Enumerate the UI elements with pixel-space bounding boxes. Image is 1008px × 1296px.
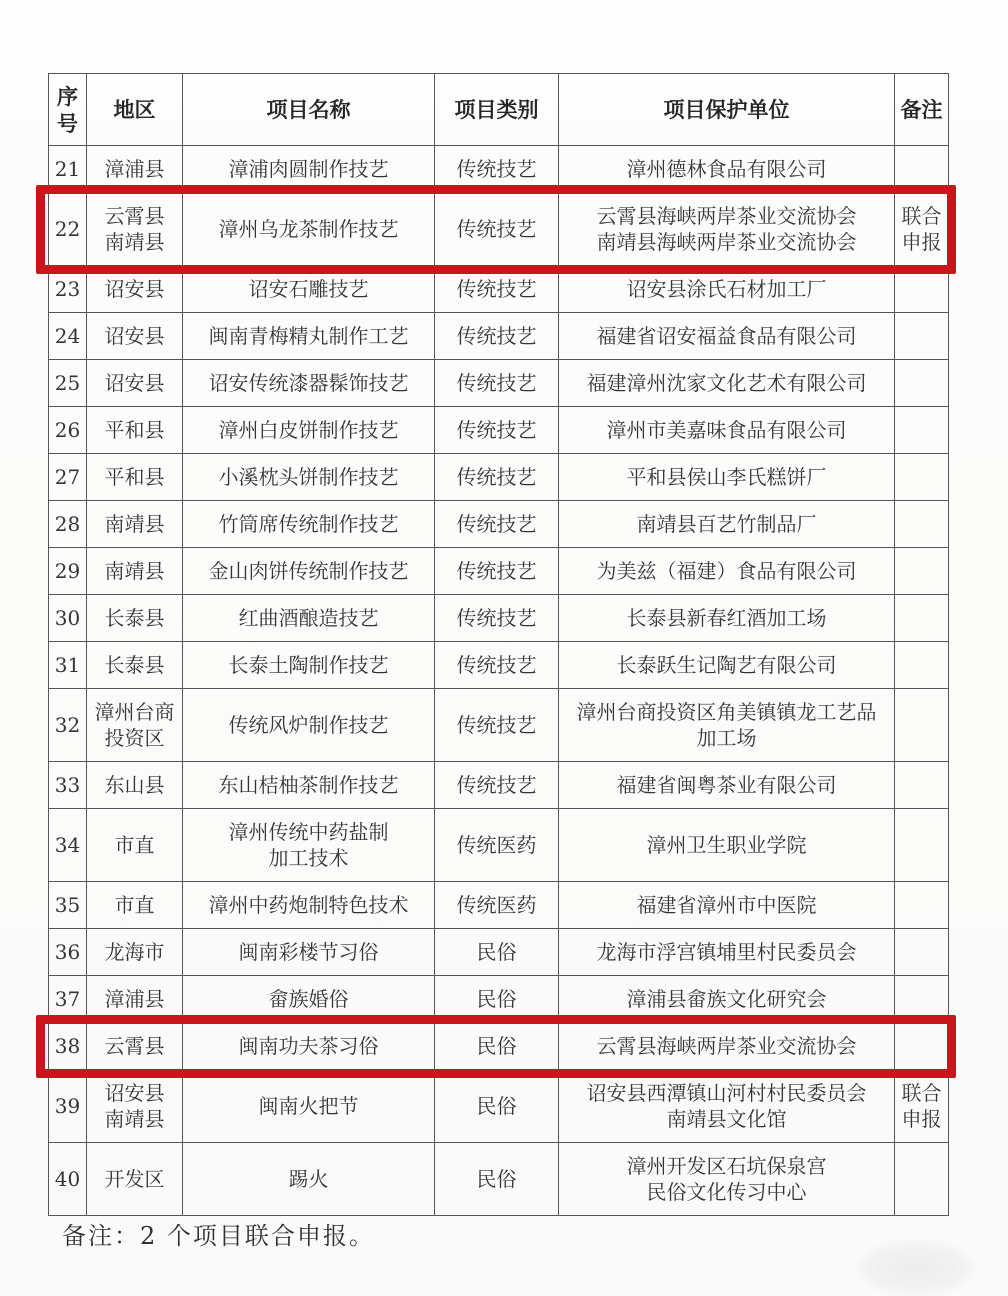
cell-region: 诏安县	[87, 360, 183, 407]
cell-name: 竹筒席传统制作技艺	[183, 501, 435, 548]
cell-org: 平和县侯山李氏糕饼厂	[559, 454, 895, 501]
cell-no: 34	[49, 809, 87, 882]
cell-region: 平和县	[87, 454, 183, 501]
cell-remark: 联合 申报	[895, 193, 949, 266]
cell-name: 诏安石雕技艺	[183, 266, 435, 313]
table-row-26: 26平和县漳州白皮饼制作技艺传统技艺漳州市美嘉味食品有限公司	[49, 407, 949, 454]
cell-no: 38	[49, 1023, 87, 1070]
cell-org: 漳州卫生职业学院	[559, 809, 895, 882]
cell-remark	[895, 929, 949, 976]
cell-org: 云霄县海峡两岸茶业交流协会 南靖县海峡两岸茶业交流协会	[559, 193, 895, 266]
cell-remark	[895, 882, 949, 929]
cell-org: 漳州开发区石坑保泉宫 民俗文化传习中心	[559, 1143, 895, 1216]
cell-category: 传统技艺	[435, 762, 559, 809]
column-header-org: 项目保护单位	[559, 74, 895, 146]
table-row-30: 30长泰县红曲酒酿造技艺传统技艺长泰县新春红酒加工场	[49, 595, 949, 642]
cell-region: 诏安县	[87, 313, 183, 360]
cell-region: 龙海市	[87, 929, 183, 976]
cell-no: 35	[49, 882, 87, 929]
cell-category: 民俗	[435, 976, 559, 1023]
cell-category: 民俗	[435, 1023, 559, 1070]
table-row-39: 39诏安县 南靖县闽南火把节民俗诏安县西潭镇山河村村民委员会 南靖县文化馆联合 …	[49, 1070, 949, 1143]
cell-name: 踢火	[183, 1143, 435, 1216]
cell-category: 传统医药	[435, 882, 559, 929]
cell-no: 23	[49, 266, 87, 313]
cell-org: 云霄县海峡两岸茶业交流协会	[559, 1023, 895, 1070]
cell-category: 传统技艺	[435, 146, 559, 193]
cell-category: 传统技艺	[435, 266, 559, 313]
table-header: 序 号地区项目名称项目类别项目保护单位备注	[49, 74, 949, 146]
table-row-40: 40开发区踢火民俗漳州开发区石坑保泉宫 民俗文化传习中心	[49, 1143, 949, 1216]
cell-org: 长泰县新春红酒加工场	[559, 595, 895, 642]
column-header-remark: 备注	[895, 74, 949, 146]
cell-org: 为美兹（福建）食品有限公司	[559, 548, 895, 595]
cell-no: 29	[49, 548, 87, 595]
cell-region: 漳州台商 投资区	[87, 689, 183, 762]
table-row-37: 37漳浦县畲族婚俗民俗漳浦县畲族文化研究会	[49, 976, 949, 1023]
cell-category: 传统技艺	[435, 407, 559, 454]
cell-org: 漳州德林食品有限公司	[559, 146, 895, 193]
cell-remark	[895, 976, 949, 1023]
cell-no: 22	[49, 193, 87, 266]
cell-name: 金山肉饼传统制作技艺	[183, 548, 435, 595]
cell-remark	[895, 501, 949, 548]
cell-name: 小溪枕头饼制作技艺	[183, 454, 435, 501]
cell-category: 民俗	[435, 1143, 559, 1216]
table-row-35: 35市直漳州中药炮制特色技术传统医药福建省漳州市中医院	[49, 882, 949, 929]
cell-region: 长泰县	[87, 642, 183, 689]
cell-no: 39	[49, 1070, 87, 1143]
cell-no: 27	[49, 454, 87, 501]
cell-region: 东山县	[87, 762, 183, 809]
cell-no: 32	[49, 689, 87, 762]
table-row-34: 34市直漳州传统中药盐制 加工技术传统医药漳州卫生职业学院	[49, 809, 949, 882]
cell-no: 31	[49, 642, 87, 689]
cell-category: 民俗	[435, 1070, 559, 1143]
cell-org: 漳浦县畲族文化研究会	[559, 976, 895, 1023]
cell-org: 福建省诏安福益食品有限公司	[559, 313, 895, 360]
table-row-25: 25诏安县诏安传统漆器髹饰技艺传统技艺福建漳州沈家文化艺术有限公司	[49, 360, 949, 407]
cell-no: 24	[49, 313, 87, 360]
scanned-document-page: 序 号地区项目名称项目类别项目保护单位备注 21漳浦县漳浦肉圆制作技艺传统技艺漳…	[0, 0, 1008, 1296]
cell-region: 开发区	[87, 1143, 183, 1216]
table-row-38: 38云霄县闽南功夫茶习俗民俗云霄县海峡两岸茶业交流协会	[49, 1023, 949, 1070]
table-body: 21漳浦县漳浦肉圆制作技艺传统技艺漳州德林食品有限公司22云霄县 南靖县漳州乌龙…	[49, 146, 949, 1216]
table-row-32: 32漳州台商 投资区传统风炉制作技艺传统技艺漳州台商投资区角美镇镇龙工艺品 加工…	[49, 689, 949, 762]
cell-remark	[895, 313, 949, 360]
cell-no: 28	[49, 501, 87, 548]
table-row-27: 27平和县小溪枕头饼制作技艺传统技艺平和县侯山李氏糕饼厂	[49, 454, 949, 501]
cell-remark	[895, 266, 949, 313]
cell-region: 南靖县	[87, 501, 183, 548]
table-row-28: 28南靖县竹筒席传统制作技艺传统技艺南靖县百艺竹制品厂	[49, 501, 949, 548]
cell-category: 传统技艺	[435, 193, 559, 266]
table-row-31: 31长泰县长泰土陶制作技艺传统技艺长泰跃生记陶艺有限公司	[49, 642, 949, 689]
column-header-no: 序 号	[49, 74, 87, 146]
cell-name: 畲族婚俗	[183, 976, 435, 1023]
footer-note: 备注：2 个项目联合申报。	[62, 1216, 375, 1251]
cell-no: 30	[49, 595, 87, 642]
heritage-projects-table: 序 号地区项目名称项目类别项目保护单位备注 21漳浦县漳浦肉圆制作技艺传统技艺漳…	[48, 73, 949, 1216]
cell-name: 东山桔柚茶制作技艺	[183, 762, 435, 809]
cell-region: 南靖县	[87, 548, 183, 595]
cell-region: 平和县	[87, 407, 183, 454]
cell-no: 40	[49, 1143, 87, 1216]
cell-org: 诏安县涂氏石材加工厂	[559, 266, 895, 313]
cell-region: 诏安县 南靖县	[87, 1070, 183, 1143]
cell-name: 闽南彩楼节习俗	[183, 929, 435, 976]
cell-region: 云霄县 南靖县	[87, 193, 183, 266]
cell-no: 25	[49, 360, 87, 407]
cell-name: 长泰土陶制作技艺	[183, 642, 435, 689]
cell-org: 诏安县西潭镇山河村村民委员会 南靖县文化馆	[559, 1070, 895, 1143]
cell-org: 漳州台商投资区角美镇镇龙工艺品 加工场	[559, 689, 895, 762]
table-row-24: 24诏安县闽南青梅精丸制作工艺传统技艺福建省诏安福益食品有限公司	[49, 313, 949, 360]
cell-category: 传统技艺	[435, 501, 559, 548]
watermark-smudge	[856, 1240, 976, 1296]
cell-region: 诏安县	[87, 266, 183, 313]
cell-org: 长泰跃生记陶艺有限公司	[559, 642, 895, 689]
cell-name: 红曲酒酿造技艺	[183, 595, 435, 642]
cell-region: 漳浦县	[87, 146, 183, 193]
cell-org: 漳州市美嘉味食品有限公司	[559, 407, 895, 454]
cell-category: 传统技艺	[435, 548, 559, 595]
cell-region: 云霄县	[87, 1023, 183, 1070]
cell-name: 漳州白皮饼制作技艺	[183, 407, 435, 454]
cell-category: 传统技艺	[435, 313, 559, 360]
cell-region: 市直	[87, 882, 183, 929]
cell-remark	[895, 548, 949, 595]
cell-remark	[895, 689, 949, 762]
cell-category: 传统技艺	[435, 454, 559, 501]
table-row-23: 23诏安县诏安石雕技艺传统技艺诏安县涂氏石材加工厂	[49, 266, 949, 313]
cell-no: 21	[49, 146, 87, 193]
table-row-33: 33东山县东山桔柚茶制作技艺传统技艺福建省闽粤茶业有限公司	[49, 762, 949, 809]
cell-category: 民俗	[435, 929, 559, 976]
cell-name: 闽南功夫茶习俗	[183, 1023, 435, 1070]
cell-remark	[895, 1143, 949, 1216]
cell-name: 漳州中药炮制特色技术	[183, 882, 435, 929]
cell-org: 福建省漳州市中医院	[559, 882, 895, 929]
table-row-36: 36龙海市闽南彩楼节习俗民俗龙海市浮宫镇埔里村民委员会	[49, 929, 949, 976]
table-row-29: 29南靖县金山肉饼传统制作技艺传统技艺为美兹（福建）食品有限公司	[49, 548, 949, 595]
cell-remark	[895, 454, 949, 501]
cell-name: 漳浦肉圆制作技艺	[183, 146, 435, 193]
cell-region: 长泰县	[87, 595, 183, 642]
cell-no: 36	[49, 929, 87, 976]
cell-remark	[895, 595, 949, 642]
cell-org: 福建省闽粤茶业有限公司	[559, 762, 895, 809]
cell-remark	[895, 809, 949, 882]
cell-category: 传统技艺	[435, 360, 559, 407]
cell-org: 福建漳州沈家文化艺术有限公司	[559, 360, 895, 407]
cell-no: 33	[49, 762, 87, 809]
cell-org: 龙海市浮宫镇埔里村民委员会	[559, 929, 895, 976]
cell-name: 漳州传统中药盐制 加工技术	[183, 809, 435, 882]
column-header-name: 项目名称	[183, 74, 435, 146]
header-row: 序 号地区项目名称项目类别项目保护单位备注	[49, 74, 949, 146]
cell-name: 诏安传统漆器髹饰技艺	[183, 360, 435, 407]
cell-category: 传统技艺	[435, 642, 559, 689]
cell-remark	[895, 642, 949, 689]
column-header-region: 地区	[87, 74, 183, 146]
column-header-category: 项目类别	[435, 74, 559, 146]
cell-remark	[895, 762, 949, 809]
cell-remark	[895, 146, 949, 193]
cell-name: 闽南青梅精丸制作工艺	[183, 313, 435, 360]
cell-name: 漳州乌龙茶制作技艺	[183, 193, 435, 266]
cell-region: 市直	[87, 809, 183, 882]
cell-region: 漳浦县	[87, 976, 183, 1023]
cell-remark	[895, 360, 949, 407]
cell-no: 37	[49, 976, 87, 1023]
cell-category: 传统技艺	[435, 595, 559, 642]
cell-org: 南靖县百艺竹制品厂	[559, 501, 895, 548]
cell-name: 闽南火把节	[183, 1070, 435, 1143]
cell-remark	[895, 1023, 949, 1070]
cell-remark	[895, 407, 949, 454]
cell-remark: 联合 申报	[895, 1070, 949, 1143]
table-row-22: 22云霄县 南靖县漳州乌龙茶制作技艺传统技艺云霄县海峡两岸茶业交流协会 南靖县海…	[49, 193, 949, 266]
table-row-21: 21漳浦县漳浦肉圆制作技艺传统技艺漳州德林食品有限公司	[49, 146, 949, 193]
cell-no: 26	[49, 407, 87, 454]
cell-name: 传统风炉制作技艺	[183, 689, 435, 762]
cell-category: 传统医药	[435, 809, 559, 882]
cell-category: 传统技艺	[435, 689, 559, 762]
